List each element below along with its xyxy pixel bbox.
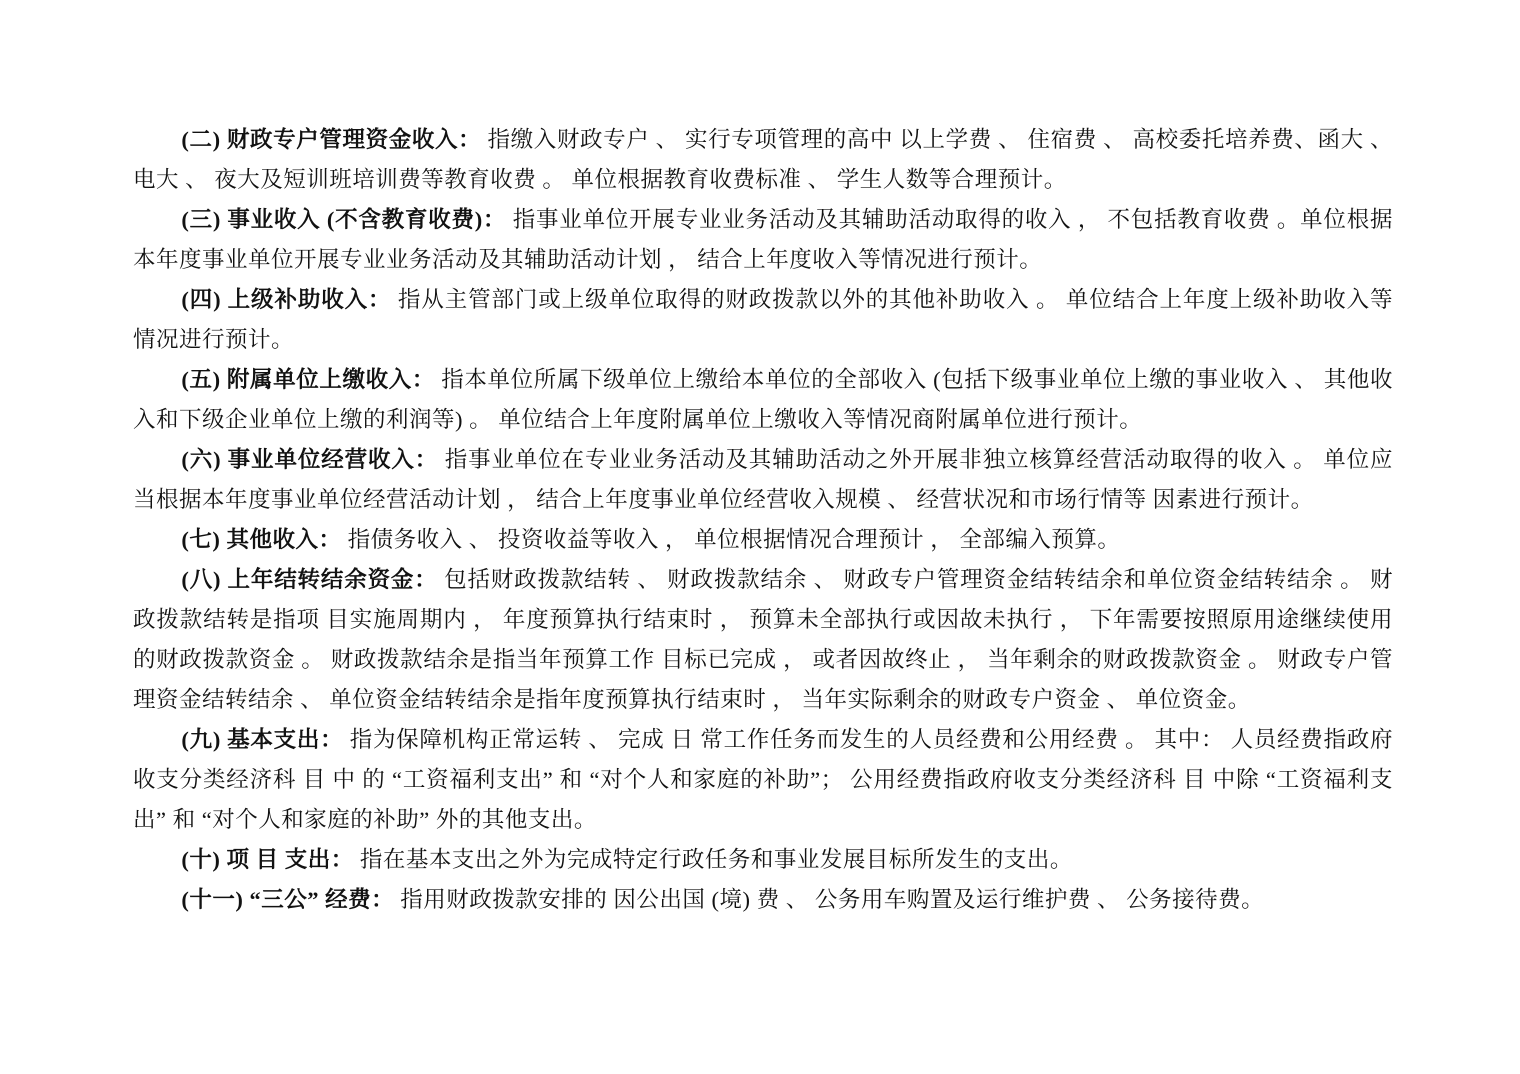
paragraph-term: (四) 上级补助收入： [181, 287, 391, 312]
paragraph-body: 指在基本支出之外为完成特定行政任务和事业发展目标所发生的支出。 [354, 847, 1073, 872]
paragraph-term: (八) 上年结转结余资金： [181, 567, 437, 592]
paragraph-term: (二) 财政专户管理资金收入： [181, 127, 481, 152]
paragraph-body: 指债务收入 、 投资收益等收入 ， 单位根据情况合理预计 ， 全部编入预算。 [342, 527, 1121, 552]
paragraph: (七) 其他收入： 指债务收入 、 投资收益等收入 ， 单位根据情况合理预计 ，… [133, 520, 1393, 560]
paragraph-term: (十一) “三公” 经费： [181, 887, 394, 912]
paragraph: (三) 事业收入 (不含教育收费)： 指事业单位开展专业业务活动及其辅助活动取得… [133, 200, 1393, 280]
paragraph: (六) 事业单位经营收入： 指事业单位在专业业务活动及其辅助活动之外开展非独立核… [133, 440, 1393, 520]
paragraph: (九) 基本支出： 指为保障机构正常运转 、 完成 日 常工作任务而发生的人员经… [133, 720, 1393, 840]
paragraph: (十) 项 目 支出： 指在基本支出之外为完成特定行政任务和事业发展目标所发生的… [133, 840, 1393, 880]
paragraph: (五) 附属单位上缴收入： 指本单位所属下级单位上缴给本单位的全部收入 (包括下… [133, 360, 1393, 440]
paragraph: (十一) “三公” 经费： 指用财政拨款安排的 因公出国 (境) 费 、 公务用… [133, 880, 1393, 920]
paragraph-term: (七) 其他收入： [181, 527, 341, 552]
paragraph-term: (六) 事业单位经营收入： [181, 447, 438, 472]
paragraph-term: (五) 附属单位上缴收入： [181, 367, 435, 392]
paragraph-term: (十) 项 目 支出： [181, 847, 353, 872]
paragraph-body: 指用财政拨款安排的 因公出国 (境) 费 、 公务用车购置及运行维护费 、 公务… [394, 887, 1264, 912]
document-body: (二) 财政专户管理资金收入： 指缴入财政专户 、 实行专项管理的高中 以上学费… [133, 120, 1393, 920]
paragraph: (四) 上级补助收入： 指从主管部门或上级单位取得的财政拨款以外的其他补助收入 … [133, 280, 1393, 360]
paragraph: (二) 财政专户管理资金收入： 指缴入财政专户 、 实行专项管理的高中 以上学费… [133, 120, 1393, 200]
paragraph-term: (三) 事业收入 (不含教育收费)： [181, 207, 506, 232]
document-page: (二) 财政专户管理资金收入： 指缴入财政专户 、 实行专项管理的高中 以上学费… [0, 0, 1520, 1074]
paragraph-term: (九) 基本支出： [181, 727, 343, 752]
paragraph: (八) 上年结转结余资金： 包括财政拨款结转 、 财政拨款结余 、 财政专户管理… [133, 560, 1393, 720]
